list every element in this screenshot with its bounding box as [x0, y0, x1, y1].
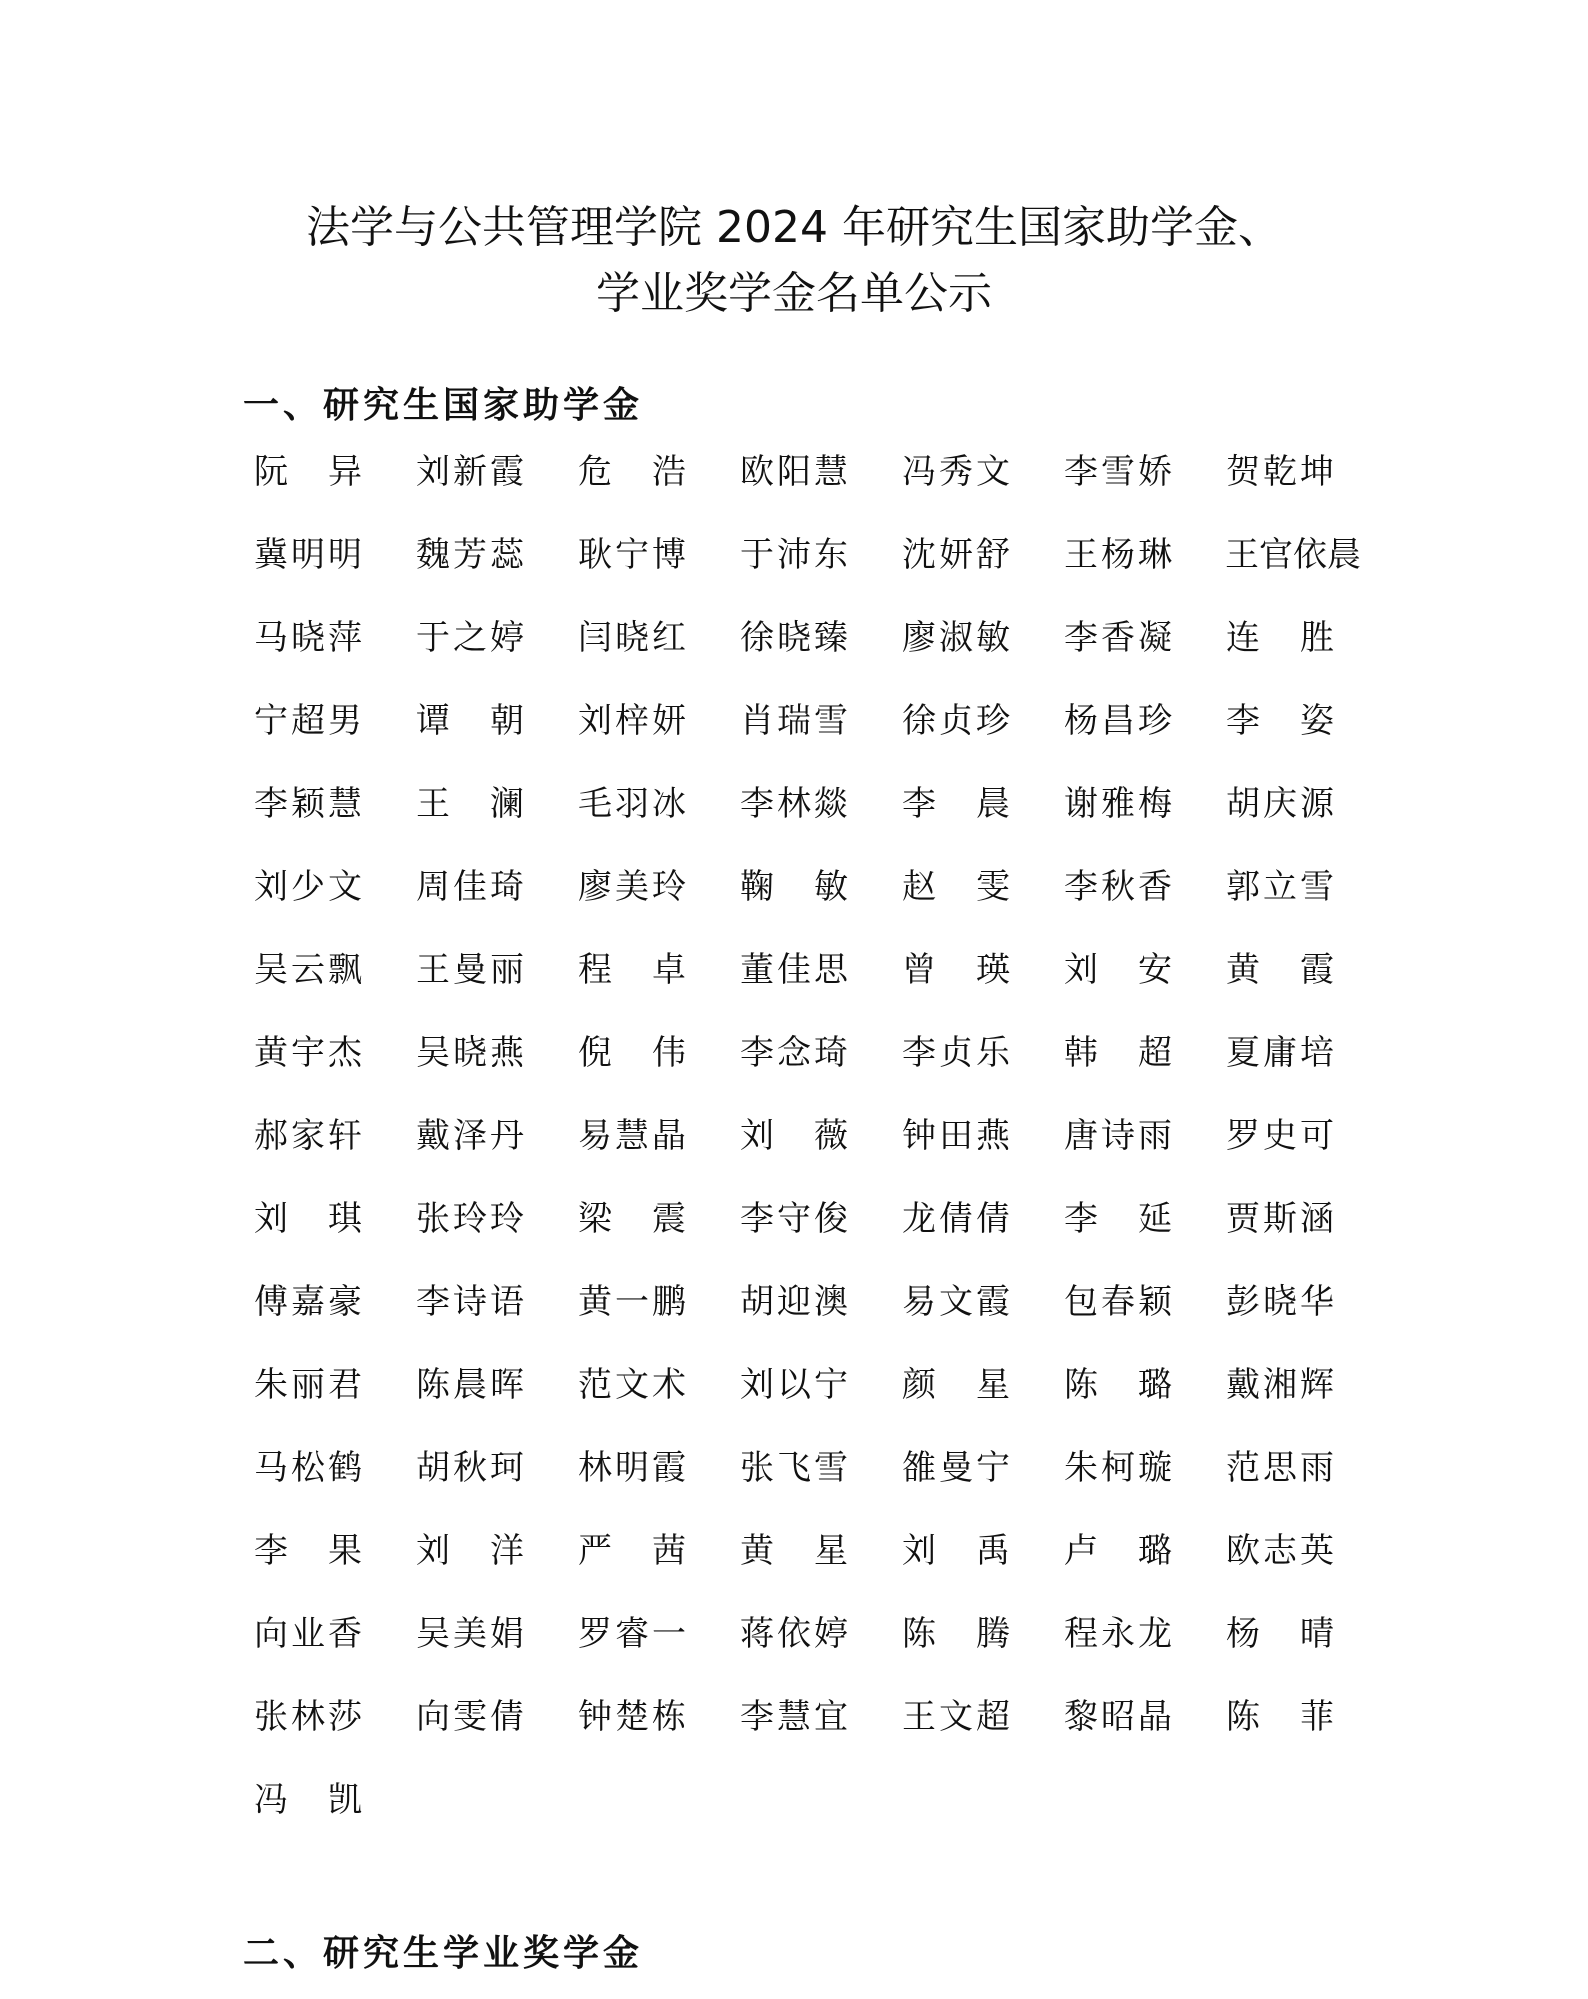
name-entry: 冀明明: [253, 535, 363, 575]
name-entry: 刘琪: [253, 1199, 363, 1239]
name-entry: 吴美娟: [415, 1614, 525, 1654]
name-entry: 刘新霞: [415, 452, 525, 492]
name-entry: 于之婷: [415, 618, 525, 658]
name-entry: 王澜: [415, 784, 525, 824]
name-entry: 李贞乐: [901, 1033, 1011, 1073]
name-entry: 欧志英: [1225, 1531, 1335, 1571]
name-entry: 朱柯璇: [1063, 1448, 1173, 1488]
name-entry: 张林莎: [253, 1697, 363, 1737]
name-entry: 朱丽君: [253, 1365, 363, 1405]
name-entry: 严茜: [577, 1531, 687, 1571]
name-entry: 杨晴: [1225, 1614, 1335, 1654]
name-entry: 马松鹤: [253, 1448, 363, 1488]
name-entry: 贺乾坤: [1225, 452, 1335, 492]
name-entry: 王杨琳: [1063, 535, 1173, 575]
name-entry: 罗睿一: [577, 1614, 687, 1654]
name-entry: 戴泽丹: [415, 1116, 525, 1156]
name-entry: 徐贞珍: [901, 701, 1011, 741]
name-entry: 胡迎澳: [739, 1282, 849, 1322]
name-entry: 郝家轩: [253, 1116, 363, 1156]
name-entry: 周佳琦: [415, 867, 525, 907]
name-entry: 陈璐: [1063, 1365, 1173, 1405]
name-entry: 陈菲: [1225, 1697, 1335, 1737]
name-entry: 李念琦: [739, 1033, 849, 1073]
name-entry: 欧阳慧: [739, 452, 849, 492]
name-entry: 魏芳蕊: [415, 535, 525, 575]
name-entry: 傅嘉豪: [253, 1282, 363, 1322]
name-entry: 谭朝: [415, 701, 525, 741]
name-entry: 钟楚栋: [577, 1697, 687, 1737]
name-entry: 刘薇: [739, 1116, 849, 1156]
name-entry: 贾斯涵: [1225, 1199, 1335, 1239]
name-entry: 黄一鹏: [577, 1282, 687, 1322]
name-entry: 雒曼宁: [901, 1448, 1011, 1488]
name-entry: 倪伟: [577, 1033, 687, 1073]
name-entry: 戴湘辉: [1225, 1365, 1335, 1405]
name-entry: 范文术: [577, 1365, 687, 1405]
name-entry: 冯凯: [253, 1780, 363, 1820]
name-entry: 李颖慧: [253, 784, 363, 824]
name-entry: 陈晨晖: [415, 1365, 525, 1405]
name-entry: 沈妍舒: [901, 535, 1011, 575]
name-entry: 李雪娇: [1063, 452, 1173, 492]
name-entry: 韩超: [1063, 1033, 1173, 1073]
name-entry: 廖美玲: [577, 867, 687, 907]
name-entry: 闫晓红: [577, 618, 687, 658]
name-entry: 刘安: [1063, 950, 1173, 990]
name-entry: 龙倩倩: [901, 1199, 1011, 1239]
name-entry: 鞠敏: [739, 867, 849, 907]
name-list-national-grant: 阮异刘新霞危浩欧阳慧冯秀文李雪娇贺乾坤冀明明魏芳蕊耿宁博于沛东沈妍舒王杨琳王官依…: [253, 452, 1387, 1863]
name-entry: 张飞雪: [739, 1448, 849, 1488]
section-heading-academic-scholarship: 二、研究生学业奖学金: [243, 1935, 643, 1971]
name-entry: 李慧宜: [739, 1697, 849, 1737]
name-entry: 程卓: [577, 950, 687, 990]
name-entry: 李林燚: [739, 784, 849, 824]
name-entry: 黎昭晶: [1063, 1697, 1173, 1737]
name-entry: 黄星: [739, 1531, 849, 1571]
name-entry: 李延: [1063, 1199, 1173, 1239]
name-entry: 李姿: [1225, 701, 1335, 741]
name-entry: 蒋依婷: [739, 1614, 849, 1654]
name-entry: 毛羽冰: [577, 784, 687, 824]
name-entry: 卢璐: [1063, 1531, 1173, 1571]
name-entry: 林明霞: [577, 1448, 687, 1488]
name-entry: 陈腾: [901, 1614, 1011, 1654]
name-entry: 张玲玲: [415, 1199, 525, 1239]
section-heading-national-grant: 一、研究生国家助学金: [243, 387, 643, 423]
document-title-line-1: 法学与公共管理学院 2024 年研究生国家助学金、: [0, 206, 1588, 250]
name-entry: 李晨: [901, 784, 1011, 824]
name-entry: 危浩: [577, 452, 687, 492]
name-entry: 郭立雪: [1225, 867, 1335, 907]
name-entry: 杨昌珍: [1063, 701, 1173, 741]
name-entry: 胡庆源: [1225, 784, 1335, 824]
name-entry: 李香凝: [1063, 618, 1173, 658]
name-entry: 李诗语: [415, 1282, 525, 1322]
name-entry: 夏庸培: [1225, 1033, 1335, 1073]
name-entry: 刘以宁: [739, 1365, 849, 1405]
name-entry: 李守俊: [739, 1199, 849, 1239]
name-entry: 王官依晨: [1225, 535, 1335, 575]
document-title-line-2: 学业奖学金名单公示: [0, 272, 1588, 316]
name-entry: 包春颖: [1063, 1282, 1173, 1322]
name-entry: 黄宇杰: [253, 1033, 363, 1073]
name-entry: 李秋香: [1063, 867, 1173, 907]
name-entry: 王文超: [901, 1697, 1011, 1737]
name-entry: 赵雯: [901, 867, 1011, 907]
name-entry: 刘少文: [253, 867, 363, 907]
name-entry: 董佳思: [739, 950, 849, 990]
name-entry: 于沛东: [739, 535, 849, 575]
name-entry: 程永龙: [1063, 1614, 1173, 1654]
name-entry: 易慧晶: [577, 1116, 687, 1156]
name-entry: 胡秋珂: [415, 1448, 525, 1488]
name-entry: 彭晓华: [1225, 1282, 1335, 1322]
name-entry: 肖瑞雪: [739, 701, 849, 741]
name-entry: 颜星: [901, 1365, 1011, 1405]
name-entry: 耿宁博: [577, 535, 687, 575]
name-entry: 唐诗雨: [1063, 1116, 1173, 1156]
name-entry: 吴云飘: [253, 950, 363, 990]
name-entry: 连胜: [1225, 618, 1335, 658]
name-entry: 冯秀文: [901, 452, 1011, 492]
name-entry: 刘禹: [901, 1531, 1011, 1571]
name-entry: 黄霞: [1225, 950, 1335, 990]
name-entry: 徐晓臻: [739, 618, 849, 658]
name-entry: 刘梓妍: [577, 701, 687, 741]
name-entry: 阮异: [253, 452, 363, 492]
name-entry: 宁超男: [253, 701, 363, 741]
name-entry: 易文霞: [901, 1282, 1011, 1322]
name-entry: 钟田燕: [901, 1116, 1011, 1156]
name-entry: 梁震: [577, 1199, 687, 1239]
name-entry: 李果: [253, 1531, 363, 1571]
name-entry: 向业香: [253, 1614, 363, 1654]
name-entry: 吴晓燕: [415, 1033, 525, 1073]
name-entry: 谢雅梅: [1063, 784, 1173, 824]
name-entry: 王曼丽: [415, 950, 525, 990]
name-entry: 马晓萍: [253, 618, 363, 658]
name-entry: 向雯倩: [415, 1697, 525, 1737]
name-entry: 曾瑛: [901, 950, 1011, 990]
name-entry: 刘洋: [415, 1531, 525, 1571]
name-entry: 廖淑敏: [901, 618, 1011, 658]
name-entry: 罗史可: [1225, 1116, 1335, 1156]
name-entry: 范思雨: [1225, 1448, 1335, 1488]
